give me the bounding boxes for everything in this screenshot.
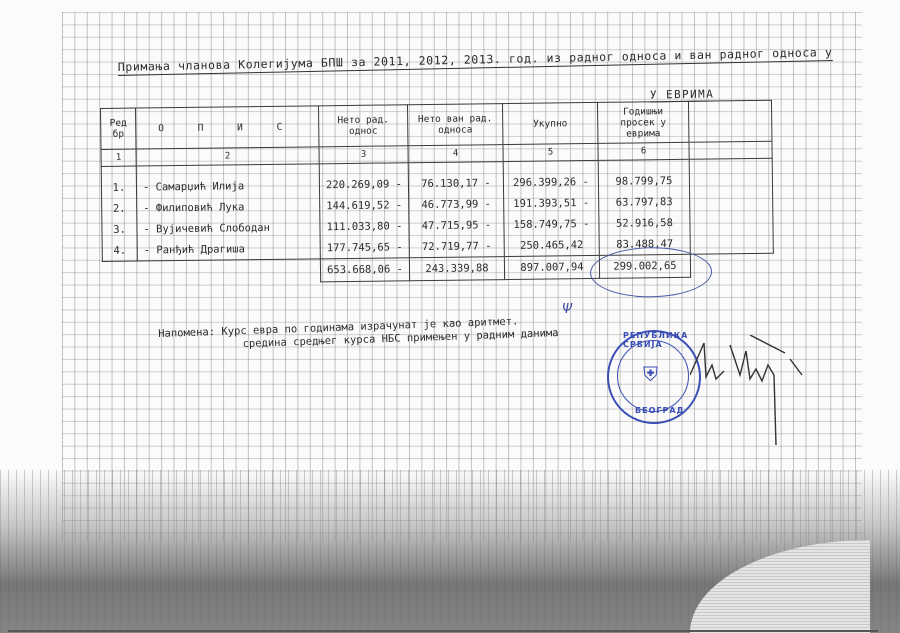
col-num-3: 3 xyxy=(319,146,408,164)
person-name: - Ранђић Драгиша xyxy=(137,237,320,261)
col-num-5: 5 xyxy=(503,143,598,161)
empty-cell xyxy=(689,158,772,191)
header-description: О П И С xyxy=(136,106,319,149)
total: 191.393,51 - xyxy=(504,192,599,214)
person-name: - Вујичевић Слободан xyxy=(137,216,320,239)
empty-cell xyxy=(690,211,773,233)
col-num-6: 6 xyxy=(598,142,689,160)
official-stamp-icon: РЕПУБЛИКА СРБИЈА ⛨ БЕОГРАД xyxy=(607,330,701,424)
net-employment: 144.619,52 - xyxy=(320,194,409,216)
row-number: 3. xyxy=(102,219,137,240)
empty-cell xyxy=(690,190,773,212)
annual-average: 98.799,75 xyxy=(598,159,689,192)
row-number: 1. xyxy=(101,166,136,198)
header-net-outside: Нето ван рад. односа xyxy=(407,104,502,146)
header-net-employment: Нето рад. однос xyxy=(318,105,407,147)
scanned-page: Примања чланова Колегијума БПШ за 2011, … xyxy=(0,0,900,633)
scan-edge xyxy=(8,630,878,632)
person-name: - Самарџић Илија xyxy=(136,164,319,198)
col-num-4: 4 xyxy=(408,145,503,163)
col-num-1: 1 xyxy=(101,149,136,166)
net-outside: 72.719,77 - xyxy=(409,235,504,258)
net-outside: 47.715,95 - xyxy=(409,214,504,236)
header-total: Укупно xyxy=(502,102,597,144)
net-employment: 111.033,80 - xyxy=(320,215,409,237)
income-table: Ред бр О П И С Нето рад. однос Нето ван … xyxy=(100,100,774,285)
net-employment: 220.269,09 - xyxy=(319,163,408,196)
coat-of-arms-icon: ⛨ xyxy=(643,362,658,386)
total: 250.465,42 xyxy=(504,234,599,257)
total-annual-average: 299.002,65 xyxy=(599,254,690,278)
stamp-bottom-text: БЕОГРАД xyxy=(635,406,685,415)
note-label: Напомена: xyxy=(158,326,215,340)
header-row-number: Ред бр xyxy=(101,108,136,149)
annual-average: 63.797,83 xyxy=(599,191,690,213)
header-empty xyxy=(688,100,771,142)
total: 158.749,75 - xyxy=(504,213,599,235)
net-outside: 76.130,17 - xyxy=(408,162,503,195)
net-employment: 177.745,65 - xyxy=(320,236,409,259)
row-number: 2. xyxy=(102,198,137,219)
row-number: 4. xyxy=(102,240,137,262)
handwritten-mark: Ψ xyxy=(562,302,572,317)
total: 296.399,26 - xyxy=(503,160,598,193)
empty-cell xyxy=(690,232,773,255)
header-annual-average: Годишњи просек у еврима xyxy=(597,101,688,143)
col-num-7 xyxy=(689,141,772,159)
total-net-outside: 243.339,88 xyxy=(409,257,504,281)
net-outside: 46.773,99 - xyxy=(409,193,504,215)
person-name: - Филиповић Лука xyxy=(137,195,320,218)
total-net-employment: 653.668,06 - xyxy=(320,258,409,282)
annual-average: 52.916,58 xyxy=(599,212,690,234)
grand-total: 897.007,94 xyxy=(504,255,599,279)
stamp-top-text: РЕПУБЛИКА СРБИЈА xyxy=(623,331,699,349)
signature-icon xyxy=(690,335,810,455)
